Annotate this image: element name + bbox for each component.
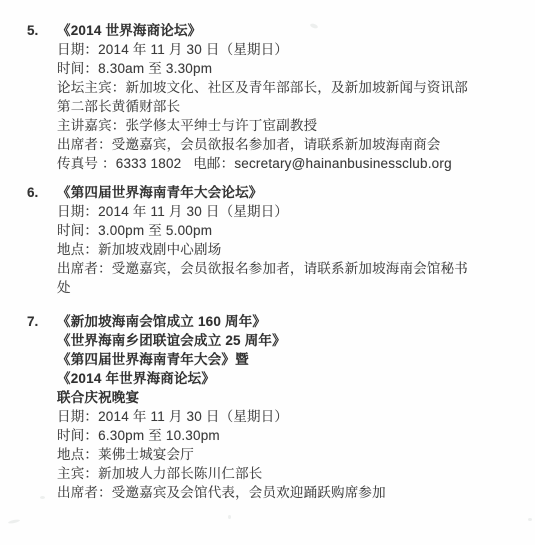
event-item-5-content: 《2014 世界海商论坛》 日期：2014 年 11 月 30 日（星期日） 时… [57, 21, 507, 173]
scan-artifact [528, 518, 532, 521]
event-fax-email-line: 传真号 ：6333 1802 电邮：secretary@hainanbusine… [57, 154, 507, 173]
event-date-line: 日期：2014 年 11 月 30 日（星期日） [57, 202, 507, 221]
event-item-6-content: 《第四届世界海南青年大会论坛》 日期：2014 年 11 月 30 日（星期日）… [57, 183, 507, 297]
event-time-line: 时间：6.30pm 至 10.30pm [57, 426, 507, 445]
scan-artifact [8, 519, 20, 524]
scan-artifact [40, 496, 45, 499]
event-attendee-line: 出席者：受邀嘉宾及会馆代表，会员欢迎踊跃购席参加 [57, 483, 507, 502]
scanned-document-page: 5. 《2014 世界海商论坛》 日期：2014 年 11 月 30 日（星期日… [0, 0, 535, 545]
scan-artifact [228, 515, 231, 519]
event-time-line: 时间：8.30am 至 3.30pm [57, 59, 507, 78]
event-title-banquet: 联合庆祝晚宴 [57, 388, 507, 407]
event-venue-line: 地点：莱佛士城宴会厅 [57, 445, 507, 464]
event-guest-line: 论坛主宾：新加坡文化、社区及青年部部长，及新加坡新闻与资讯部 [57, 78, 507, 97]
event-title-1: 《新加坡海南会馆成立 160 周年》 [57, 312, 507, 331]
item-number: 5. [27, 21, 57, 173]
item-number: 6. [27, 183, 57, 297]
event-guest-line-wrap: 第二部长黄循财部长 [57, 97, 507, 116]
event-item-6: 6. 《第四届世界海南青年大会论坛》 日期：2014 年 11 月 30 日（星… [0, 183, 535, 297]
event-title: 《第四届世界海南青年大会论坛》 [57, 183, 507, 202]
event-title-3: 《第四届世界海南青年大会》暨 [57, 350, 507, 369]
event-title: 《2014 世界海商论坛》 [57, 21, 507, 40]
event-attendee-line: 出席者：受邀嘉宾，会员欲报名参加者，请联系新加坡海南会馆秘书 [57, 259, 507, 278]
event-date-line: 日期：2014 年 11 月 30 日（星期日） [57, 407, 507, 426]
event-attendee-line: 出席者：受邀嘉宾，会员欲报名参加者，请联系新加坡海南商会 [57, 135, 507, 154]
event-attendee-line-wrap: 处 [57, 278, 507, 297]
item-number: 7. [27, 312, 57, 502]
event-time-line: 时间：3.00pm 至 5.00pm [57, 221, 507, 240]
event-date-line: 日期：2014 年 11 月 30 日（星期日） [57, 40, 507, 59]
event-venue-line: 地点：新加坡戏剧中心剧场 [57, 240, 507, 259]
event-item-7: 7. 《新加坡海南会馆成立 160 周年》 《世界海南乡团联谊会成立 25 周年… [0, 312, 535, 502]
event-speaker-line: 主讲嘉宾：张学修太平绅士与许丁宦副教授 [57, 116, 507, 135]
event-title-2: 《世界海南乡团联谊会成立 25 周年》 [57, 331, 507, 350]
event-guest-line: 主宾：新加坡人力部长陈川仁部长 [57, 464, 507, 483]
event-item-7-content: 《新加坡海南会馆成立 160 周年》 《世界海南乡团联谊会成立 25 周年》 《… [57, 312, 507, 502]
event-item-5: 5. 《2014 世界海商论坛》 日期：2014 年 11 月 30 日（星期日… [0, 21, 535, 173]
event-title-4: 《2014 年世界海商论坛》 [57, 369, 507, 388]
